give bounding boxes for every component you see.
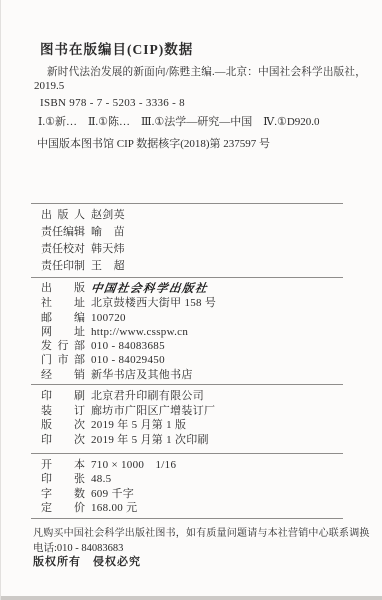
row-value: 2019 年 5 月第 1 次印刷: [91, 434, 209, 446]
printing-row: 印刷北京君升印刷有限公司: [31, 389, 356, 404]
row-label: 责任校对: [41, 241, 85, 258]
staff-row: 责任校对韩天炜: [31, 241, 356, 258]
printing-info-section: 印刷北京君升印刷有限公司 装订廊坊市广阳区广增装订厂 版次2019 年 5 月第…: [31, 389, 356, 447]
cip-classification-line: Ⅰ.①新… Ⅱ.①陈… Ⅲ.①法学—研究—中国 Ⅳ.①D920.0: [38, 113, 320, 129]
staff-row: 出版人赵剑英: [31, 207, 356, 224]
publisher-url: http://www.csspw.cn: [91, 326, 188, 338]
publishing-row: 发行部010 - 84083685: [31, 339, 356, 353]
divider-rule: [31, 518, 343, 519]
isbn-number: ISBN 978 - 7 - 5203 - 3336 - 8: [40, 97, 185, 109]
page-bottom-edge: [1, 596, 382, 600]
row-label: 发行部: [41, 339, 85, 353]
publishing-info-section: 出版中国社会科学出版社 社址北京鼓楼西大街甲 158 号 邮编100720 网址…: [31, 281, 356, 382]
row-value: 710 × 1000 1/16: [91, 459, 176, 471]
row-value: 赵剑英: [91, 209, 125, 221]
spec-row: 开本710 × 1000 1/16: [31, 458, 356, 472]
publishing-row: 门市部010 - 84029450: [31, 353, 356, 367]
row-value: 北京鼓楼西大街甲 158 号: [91, 297, 216, 309]
row-label: 装订: [41, 404, 85, 419]
row-label: 版次: [41, 418, 85, 433]
publishing-row: 社址北京鼓楼西大街甲 158 号: [31, 296, 356, 310]
row-value: 010 - 84029450: [91, 354, 165, 366]
staff-credits-section: 出版人赵剑英 责任编辑喻 苗 责任校对韩天炜 责任印制王 超: [31, 207, 356, 275]
spec-row: 字数609 千字: [31, 487, 356, 501]
divider-rule: [31, 453, 343, 454]
row-label: 责任印制: [41, 258, 85, 275]
row-value: 北京君升印刷有限公司: [91, 390, 204, 402]
row-label: 邮编: [41, 311, 85, 325]
printing-row: 装订廊坊市广阳区广增装订厂: [31, 404, 356, 419]
publishing-row: 经销新华书店及其他书店: [31, 368, 356, 382]
row-value: 2019 年 5 月第 1 版: [91, 419, 186, 431]
row-label: 定价: [41, 501, 85, 515]
cip-year: 2019.5: [34, 80, 64, 92]
book-copyright-page: 图书在版编目(CIP)数据 新时代法治发展的新面向/陈甦主编.—北京：中国社会科…: [0, 0, 382, 600]
row-value: 王 超: [91, 260, 125, 272]
publishing-row: 出版中国社会科学出版社: [31, 281, 356, 296]
row-value: 48.5: [91, 473, 111, 485]
spec-row: 印张48.5: [31, 472, 356, 486]
row-value: 韩天炜: [91, 243, 125, 255]
row-value: 廊坊市广阳区广增装订厂: [91, 405, 215, 417]
row-label: 责任编辑: [41, 224, 85, 241]
spec-row: 定价168.00 元: [31, 501, 356, 515]
divider-rule: [31, 277, 343, 278]
row-label: 出版: [41, 281, 85, 295]
divider-rule: [31, 384, 343, 385]
row-label: 经销: [41, 368, 85, 382]
row-label: 印刷: [41, 389, 85, 404]
publishing-row: 邮编100720: [31, 311, 356, 325]
printing-row: 印次2019 年 5 月第 1 次印刷: [31, 433, 356, 448]
row-label: 网址: [41, 325, 85, 339]
row-value: 100720: [91, 312, 126, 324]
printing-row: 版次2019 年 5 月第 1 版: [31, 418, 356, 433]
row-label: 印次: [41, 433, 85, 448]
publisher-logotype: 中国社会科学出版社: [90, 281, 209, 295]
staff-row: 责任印制王 超: [31, 258, 356, 275]
cip-record-number: 中国版本图书馆 CIP 数据核字(2018)第 237597 号: [37, 135, 270, 151]
row-label: 字数: [41, 487, 85, 501]
row-value: 010 - 84083685: [91, 340, 165, 352]
row-value: 609 千字: [91, 488, 134, 500]
row-label: 出版人: [41, 207, 85, 224]
row-value: 新华书店及其他书店: [91, 369, 193, 381]
publishing-row: 网址http://www.csspw.cn: [31, 325, 356, 339]
divider-rule: [31, 203, 343, 204]
copyright-statement: 版权所有 侵权必究: [33, 553, 141, 569]
row-label: 开本: [41, 458, 85, 472]
row-value: 喻 苗: [91, 226, 125, 238]
row-label: 门市部: [41, 353, 85, 367]
book-specs-section: 开本710 × 1000 1/16 印张48.5 字数609 千字 定价168.…: [31, 458, 356, 516]
staff-row: 责任编辑喻 苗: [31, 224, 356, 241]
row-label: 印张: [41, 472, 85, 486]
quality-notice: 凡购买中国社会科学出版社图书，如有质量问题请与本社营销中心联系调换: [33, 524, 370, 539]
cip-title: 图书在版编目(CIP)数据: [40, 38, 193, 58]
row-label: 社址: [41, 296, 85, 310]
row-value: 168.00 元: [91, 502, 137, 514]
cip-bibliographic-line: 新时代法治发展的新面向/陈甦主编.—北京：中国社会科学出版社，: [37, 64, 366, 79]
